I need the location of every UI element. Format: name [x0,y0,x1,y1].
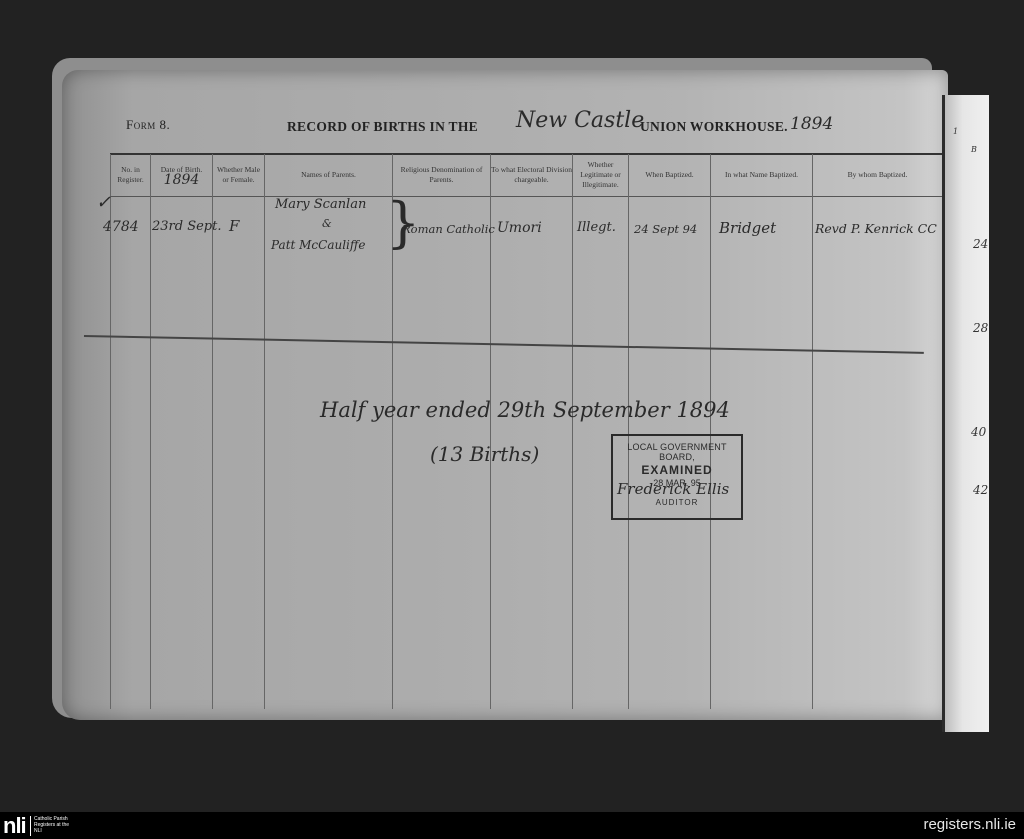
logo-divider [30,816,31,836]
column-rule [110,154,111,709]
edge-mark: 24 [973,237,988,251]
date-of-birth: 23rd Sept. [152,219,222,234]
electoral-division: Umori [497,220,542,236]
edge-mark: 28 [973,321,988,335]
edge-mark: 42 [973,483,988,497]
parent-father: Patt McCauliffe [271,238,366,252]
column-rule [490,154,491,709]
column-header-legitimacy: Whether Legitimate or Illegitimate. [573,156,628,194]
next-page-edge: 1 B 24 28 40 42 [942,95,989,732]
column-rule [150,154,151,709]
summary-half-year: Half year ended 29th September 1894 [320,398,730,422]
title-suffix: UNION WORKHOUSE. [640,119,788,135]
site-link[interactable]: registers.nli.ie [923,816,1016,833]
sex: F [229,217,239,235]
legitimacy: Illegt. [577,220,616,235]
title-place-handwritten: New Castle [516,108,644,133]
header-bottom-rule [110,196,942,197]
column-header-register-no: No. in Register. [111,156,150,194]
register-no: 4784 [103,219,139,235]
edge-mark: 1 [953,127,958,136]
image-viewer: 1 B 24 28 40 42 Form 8. RECORD OF BIRTHS… [0,0,1024,812]
date-year-handwritten: 1894 [164,175,200,185]
column-rule [212,154,213,709]
form-number: Form 8. [126,117,170,133]
examined-stamp: LOCAL GOVERNMENT BOARD, EXAMINED 28 MAR.… [611,434,743,520]
parent-and: & [322,217,332,230]
column-header-electoral-division: To what Electoral Division chargeable. [491,156,572,194]
title-prefix: RECORD OF BIRTHS IN THE [287,119,478,135]
column-rule [628,154,629,709]
column-header-date-of-birth: Date of Birth. 1894 [151,156,212,194]
summary-births-count: (13 Births) [430,442,539,466]
baptized-name: Bridget [719,219,776,237]
edge-mark: 40 [971,425,986,439]
religion: Roman Catholic [402,222,495,236]
column-header-sex: Whether Male or Female. [213,156,264,194]
column-rule [812,154,813,709]
baptized-by: Revd P. Kenrick CC [815,221,937,236]
parent-mother: Mary Scanlan [275,197,366,212]
nli-logo[interactable]: nli [3,815,26,837]
column-header-religion: Religious Denomination of Parents. [393,156,490,194]
when-baptized: 24 Sept 94 [634,222,697,236]
column-rule [264,154,265,709]
column-header-baptized-by: By whom Baptized. [813,156,942,194]
column-header-when-baptized: When Baptized. [629,156,710,194]
edge-mark: B [971,145,977,154]
footer-bar: nli Catholic Parish Registers at the NLI… [0,812,1024,839]
auditor-signature: Frederick Ellis [617,480,729,498]
title-year-handwritten: 1894 [790,114,833,134]
header-top-rule [110,153,942,155]
column-rule [572,154,573,709]
column-rule [710,154,711,709]
logo-caption: Catholic Parish Registers at the NLI [34,816,74,834]
column-header-parents: Names of Parents. [265,156,392,194]
column-header-baptized-name: In what Name Baptized. [711,156,812,194]
check-mark: ✓ [96,192,111,213]
